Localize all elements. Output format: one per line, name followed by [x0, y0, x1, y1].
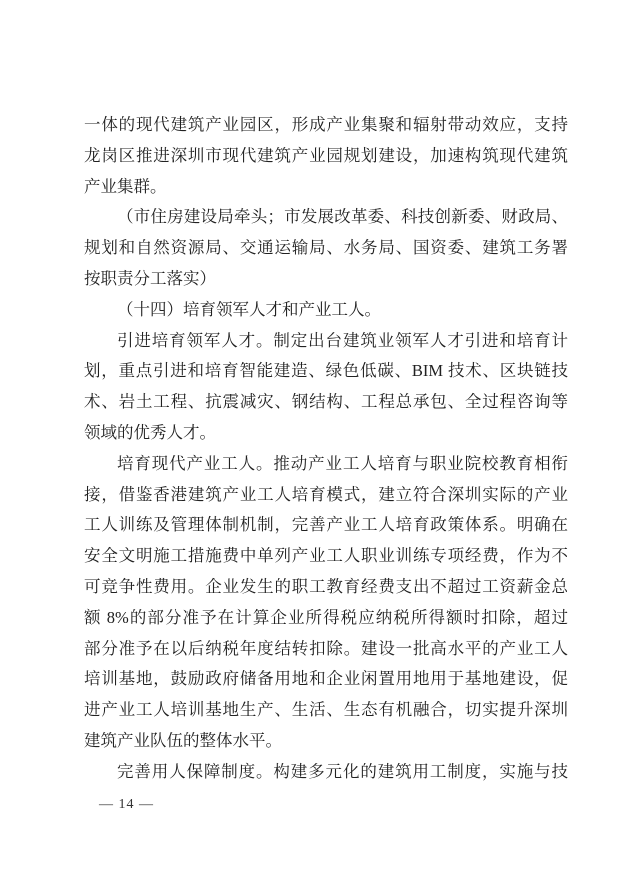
text-line: 产业集群。: [84, 172, 568, 203]
text-line: 接，借鉴香港建筑产业工人培育模式，建立符合深圳实际的产业: [84, 480, 568, 511]
text-line: 部分准予在以后纳税年度结转扣除。建设一批高水平的产业工人: [84, 634, 568, 665]
text-line: 领域的优秀人才。: [84, 418, 568, 449]
text-line: 培训基地，鼓励政府储备用地和企业闲置用地用于基地建设，促: [84, 664, 568, 695]
text-line: 进产业工人培训基地生产、生活、生态有机融合，切实提升深圳: [84, 695, 568, 726]
text-line: 安全文明施工措施费中单列产业工人职业训练专项经费，作为不: [84, 541, 568, 572]
text-line: 工人训练及管理体制机制，完善产业工人培育政策体系。明确在: [84, 510, 568, 541]
text-line: 完善用人保障制度。构建多元化的建筑用工制度，实施与技: [84, 757, 568, 788]
document-body: 一体的现代建筑产业园区，形成产业集聚和辐射带动效应，支持龙岗区推进深圳市现代建筑…: [84, 110, 568, 788]
text-line: 培育现代产业工人。推动产业工人培育与职业院校教育相衔: [84, 449, 568, 480]
text-line: 术、岩土工程、抗震减灾、钢结构、工程总承包、全过程咨询等: [84, 387, 568, 418]
text-line: （十四）培育领军人才和产业工人。: [84, 295, 568, 326]
text-line: 可竞争性费用。企业发生的职工教育经费支出不超过工资薪金总: [84, 572, 568, 603]
text-line: 划，重点引进和培育智能建造、绿色低碳、BIM 技术、区块链技: [84, 356, 568, 387]
text-line: 引进培育领军人才。制定出台建筑业领军人才引进和培育计: [84, 326, 568, 357]
text-line: 按职责分工落实）: [84, 264, 568, 295]
text-line: 建筑产业队伍的整体水平。: [84, 726, 568, 757]
text-line: 规划和自然资源局、交通运输局、水务局、国资委、建筑工务署: [84, 233, 568, 264]
text-line: 一体的现代建筑产业园区，形成产业集聚和辐射带动效应，支持: [84, 110, 568, 141]
document-page: 一体的现代建筑产业园区，形成产业集聚和辐射带动效应，支持龙岗区推进深圳市现代建筑…: [0, 0, 630, 891]
text-line: （市住房建设局牵头；市发展改革委、科技创新委、财政局、: [84, 202, 568, 233]
text-line: 额 8%的部分准予在计算企业所得税应纳税所得额时扣除，超过: [84, 603, 568, 634]
text-line: 龙岗区推进深圳市现代建筑产业园规划建设，加速构筑现代建筑: [84, 141, 568, 172]
page-number: — 14 —: [99, 797, 154, 813]
